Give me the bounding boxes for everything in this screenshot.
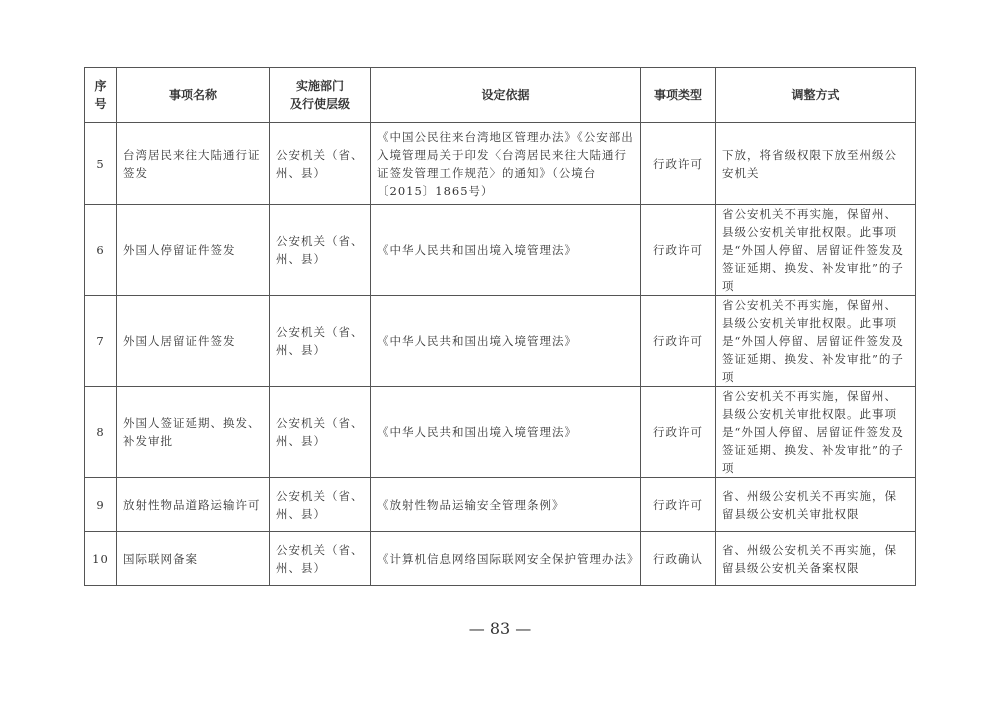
cell-dept: 公安机关（省、州、县） — [270, 532, 371, 586]
cell-seq: 8 — [85, 387, 117, 478]
cell-method: 省公安机关不再实施，保留州、县级公安机关审批权限。此事项是“外国人停留、居留证件… — [716, 296, 916, 387]
header-basis: 设定依据 — [371, 68, 641, 123]
cell-name: 放射性物品道路运输许可 — [117, 478, 270, 532]
cell-basis: 《中华人民共和国出境入境管理法》 — [371, 205, 641, 296]
cell-basis: 《放射性物品运输安全管理条例》 — [371, 478, 641, 532]
cell-method: 省公安机关不再实施，保留州、县级公安机关审批权限。此事项是“外国人停留、居留证件… — [716, 205, 916, 296]
cell-seq: 6 — [85, 205, 117, 296]
cell-name: 台湾居民来往大陆通行证签发 — [117, 123, 270, 205]
cell-dept: 公安机关（省、州、县） — [270, 478, 371, 532]
cell-basis: 《中国公民往来台湾地区管理办法》《公安部出入境管理局关于印发〈台湾居民来往大陆通… — [371, 123, 641, 205]
cell-name: 外国人签证延期、换发、补发审批 — [117, 387, 270, 478]
cell-seq: 9 — [85, 478, 117, 532]
page-number: — 83 — — [0, 619, 1000, 638]
cell-type: 行政许可 — [641, 387, 716, 478]
cell-basis: 《中华人民共和国出境入境管理法》 — [371, 387, 641, 478]
header-method: 调整方式 — [716, 68, 916, 123]
table-row: 7 外国人居留证件签发 公安机关（省、州、县） 《中华人民共和国出境入境管理法》… — [85, 296, 916, 387]
table-row: 8 外国人签证延期、换发、补发审批 公安机关（省、州、县） 《中华人民共和国出境… — [85, 387, 916, 478]
cell-type: 行政确认 — [641, 532, 716, 586]
cell-type: 行政许可 — [641, 205, 716, 296]
cell-seq: 10 — [85, 532, 117, 586]
table-row: 9 放射性物品道路运输许可 公安机关（省、州、县） 《放射性物品运输安全管理条例… — [85, 478, 916, 532]
header-dept: 实施部门 及行使层级 — [270, 68, 371, 123]
cell-type: 行政许可 — [641, 123, 716, 205]
cell-dept: 公安机关（省、州、县） — [270, 387, 371, 478]
cell-method: 省、州级公安机关不再实施，保留县级公安机关审批权限 — [716, 478, 916, 532]
cell-method: 下放，将省级权限下放至州级公安机关 — [716, 123, 916, 205]
cell-seq: 5 — [85, 123, 117, 205]
header-name: 事项名称 — [117, 68, 270, 123]
cell-name: 外国人停留证件签发 — [117, 205, 270, 296]
cell-basis: 《中华人民共和国出境入境管理法》 — [371, 296, 641, 387]
cell-dept: 公安机关（省、州、县） — [270, 205, 371, 296]
table-row: 5 台湾居民来往大陆通行证签发 公安机关（省、州、县） 《中国公民往来台湾地区管… — [85, 123, 916, 205]
table-header-row: 序 号 事项名称 实施部门 及行使层级 设定依据 事项类型 调整方式 — [85, 68, 916, 123]
cell-method: 省公安机关不再实施，保留州、县级公安机关审批权限。此事项是“外国人停留、居留证件… — [716, 387, 916, 478]
cell-basis: 《计算机信息网络国际联网安全保护管理办法》 — [371, 532, 641, 586]
cell-name: 国际联网备案 — [117, 532, 270, 586]
cell-type: 行政许可 — [641, 296, 716, 387]
cell-method: 省、州级公安机关不再实施，保留县级公安机关备案权限 — [716, 532, 916, 586]
cell-seq: 7 — [85, 296, 117, 387]
header-seq: 序 号 — [85, 68, 117, 123]
items-table: 序 号 事项名称 实施部门 及行使层级 设定依据 事项类型 调整方式 5 台湾居… — [84, 67, 916, 586]
cell-name: 外国人居留证件签发 — [117, 296, 270, 387]
cell-dept: 公安机关（省、州、县） — [270, 296, 371, 387]
table-row: 10 国际联网备案 公安机关（省、州、县） 《计算机信息网络国际联网安全保护管理… — [85, 532, 916, 586]
cell-dept: 公安机关（省、州、县） — [270, 123, 371, 205]
cell-type: 行政许可 — [641, 478, 716, 532]
table-row: 6 外国人停留证件签发 公安机关（省、州、县） 《中华人民共和国出境入境管理法》… — [85, 205, 916, 296]
header-type: 事项类型 — [641, 68, 716, 123]
